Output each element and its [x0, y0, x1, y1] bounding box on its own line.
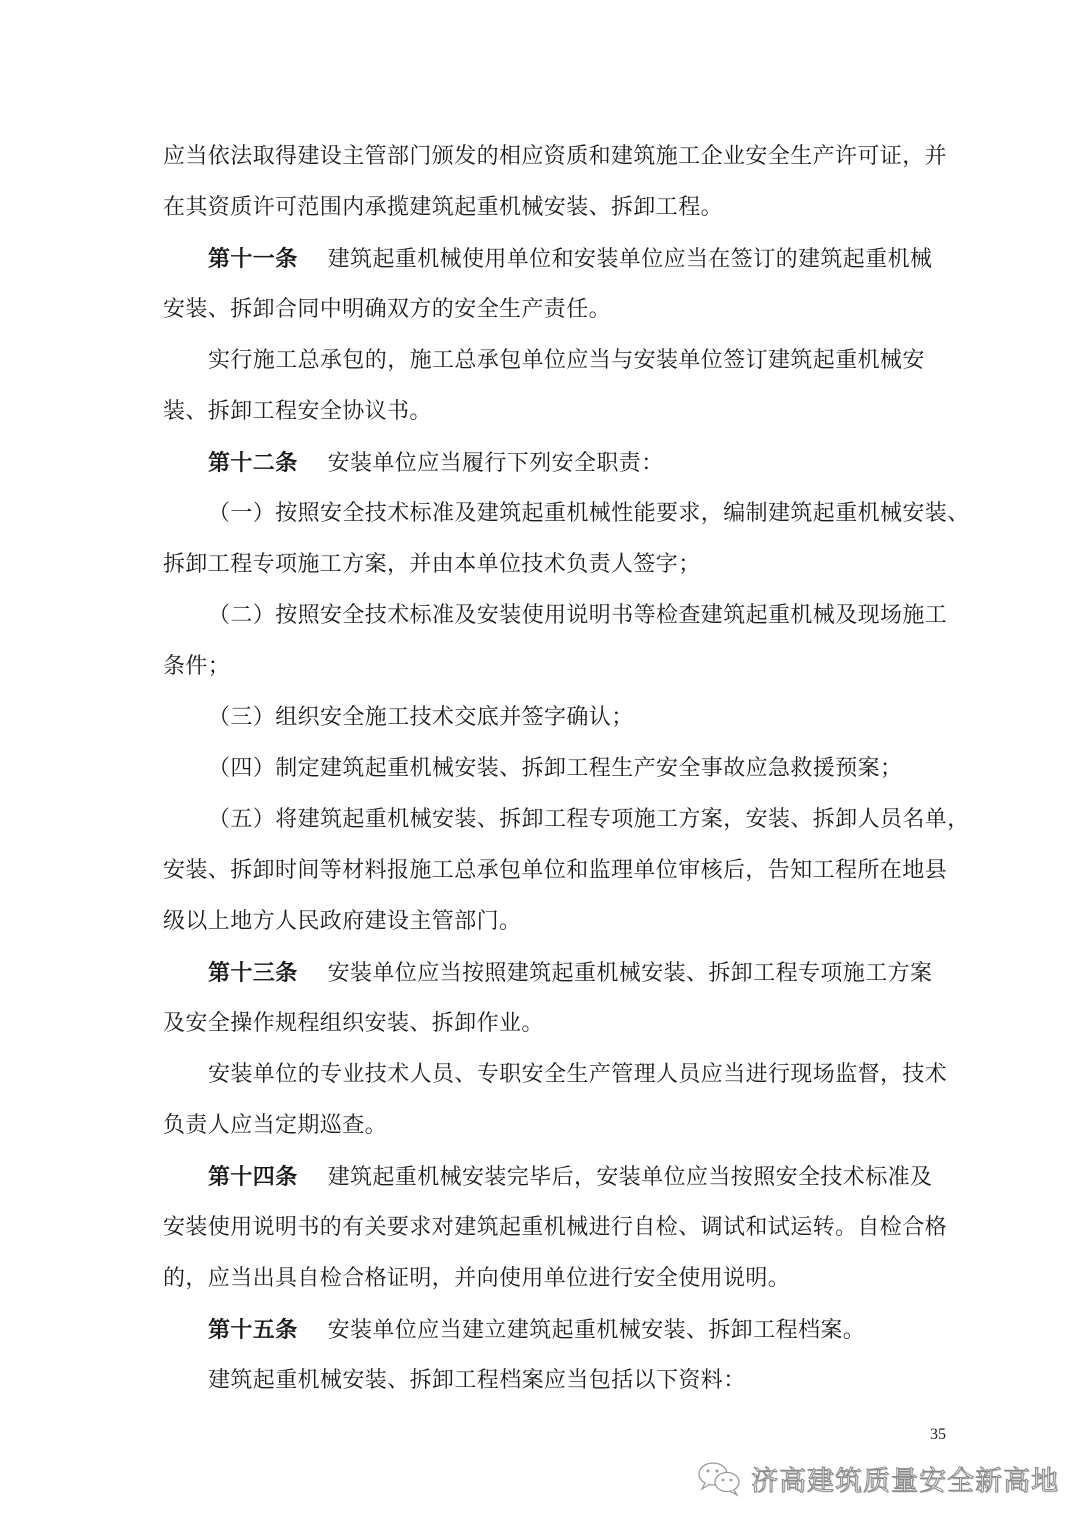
text-line: 装、拆卸工程安全协议书。	[163, 392, 918, 443]
text-line: 安装、拆卸时间等材料报施工总承包单位和监理单位审核后，告知工程所在地县	[163, 851, 918, 902]
line-text: 条件；	[163, 654, 230, 679]
line-text: （四）制定建筑起重机械安装、拆卸工程生产安全事故应急救援预案；	[208, 756, 902, 781]
article-line: 第十四条建筑起重机械安装完毕后，安装单位应当按照安全技术标准及	[163, 1157, 918, 1208]
watermark-text: 济高建筑质量安全新高地	[751, 1459, 1059, 1498]
text-line: （二）按照安全技术标准及安装使用说明书等检查建筑起重机械及现场施工	[163, 596, 918, 647]
line-text: 及安全操作规程组织安装、拆卸作业。	[163, 1011, 544, 1036]
line-text: 安装单位的专业技术人员、专职安全生产管理人员应当进行现场监督，技术	[208, 1062, 947, 1087]
line-text: （三）组织安全施工技术交底并签字确认；	[208, 705, 634, 730]
line-text: 建筑起重机械安装完毕后，安装单位应当按照安全技术标准及	[328, 1165, 933, 1190]
line-text: 的，应当出具自检合格证明，并向使用单位进行安全使用说明。	[163, 1266, 790, 1291]
text-line: 建筑起重机械安装、拆卸工程档案应当包括以下资料：	[163, 1361, 918, 1412]
line-text: 拆卸工程专项施工方案，并由本单位技术负责人签字；	[163, 552, 701, 577]
line-text: （一）按照安全技术标准及建筑起重机械性能要求，编制建筑起重机械安装、	[208, 501, 970, 526]
article-number: 第十二条	[208, 450, 298, 476]
line-text: 在其资质许可范围内承揽建筑起重机械安装、拆卸工程。	[163, 195, 723, 220]
text-line: 安装单位的专业技术人员、专职安全生产管理人员应当进行现场监督，技术	[163, 1055, 918, 1106]
line-text: 应当依法取得建设主管部门颁发的相应资质和建筑施工企业安全生产许可证，并	[163, 144, 947, 169]
text-line: （三）组织安全施工技术交底并签字确认；	[163, 698, 918, 749]
line-text: 建筑起重机械使用单位和安装单位应当在签订的建筑起重机械	[328, 247, 933, 272]
page-number: 35	[930, 1426, 946, 1444]
article-line: 第十一条建筑起重机械使用单位和安装单位应当在签订的建筑起重机械	[163, 239, 918, 290]
line-text: 安装、拆卸时间等材料报施工总承包单位和监理单位审核后，告知工程所在地县	[163, 858, 947, 883]
line-text: 安装单位应当建立建筑起重机械安装、拆卸工程档案。	[328, 1318, 866, 1343]
line-text: 级以上地方人民政府建设主管部门。	[163, 909, 521, 934]
text-line: （五）将建筑起重机械安装、拆卸工程专项施工方案，安装、拆卸人员名单，	[163, 800, 918, 851]
text-line: 安装、拆卸合同中明确双方的安全生产责任。	[163, 290, 918, 341]
document-body: 应当依法取得建设主管部门颁发的相应资质和建筑施工企业安全生产许可证，并在其资质许…	[163, 137, 918, 1412]
text-line: 应当依法取得建设主管部门颁发的相应资质和建筑施工企业安全生产许可证，并	[163, 137, 918, 188]
watermark: 济高建筑质量安全新高地	[697, 1458, 1059, 1498]
article-line: 第十五条安装单位应当建立建筑起重机械安装、拆卸工程档案。	[163, 1310, 918, 1361]
article-number: 第十五条	[208, 1317, 298, 1343]
text-line: 负责人应当定期巡查。	[163, 1106, 918, 1157]
text-line: 及安全操作规程组织安装、拆卸作业。	[163, 1004, 918, 1055]
line-text: 装、拆卸工程安全协议书。	[163, 399, 432, 424]
line-text: （二）按照安全技术标准及安装使用说明书等检查建筑起重机械及现场施工	[208, 603, 947, 628]
text-line: 拆卸工程专项施工方案，并由本单位技术负责人签字；	[163, 545, 918, 596]
line-text: 建筑起重机械安装、拆卸工程档案应当包括以下资料：	[208, 1368, 746, 1393]
article-line: 第十三条安装单位应当按照建筑起重机械安装、拆卸工程专项施工方案	[163, 953, 918, 1004]
article-number: 第十四条	[208, 1164, 298, 1190]
line-text: 安装、拆卸合同中明确双方的安全生产责任。	[163, 297, 611, 322]
wechat-icon	[697, 1459, 743, 1497]
line-text: 实行施工总承包的，施工总承包单位应当与安装单位签订建筑起重机械安	[208, 348, 925, 373]
text-line: 的，应当出具自检合格证明，并向使用单位进行安全使用说明。	[163, 1259, 918, 1310]
text-line: 级以上地方人民政府建设主管部门。	[163, 902, 918, 953]
document-page: 应当依法取得建设主管部门颁发的相应资质和建筑施工企业安全生产许可证，并在其资质许…	[0, 0, 1080, 1527]
line-text: 负责人应当定期巡查。	[163, 1113, 387, 1138]
line-text: （五）将建筑起重机械安装、拆卸工程专项施工方案，安装、拆卸人员名单，	[208, 807, 970, 832]
text-line: 安装使用说明书的有关要求对建筑起重机械进行自检、调试和试运转。自检合格	[163, 1208, 918, 1259]
line-text: 安装使用说明书的有关要求对建筑起重机械进行自检、调试和试运转。自检合格	[163, 1215, 947, 1240]
text-line: 在其资质许可范围内承揽建筑起重机械安装、拆卸工程。	[163, 188, 918, 239]
text-line: （一）按照安全技术标准及建筑起重机械性能要求，编制建筑起重机械安装、	[163, 494, 918, 545]
line-text: 安装单位应当履行下列安全职责：	[328, 451, 664, 476]
article-number: 第十一条	[208, 246, 298, 272]
text-line: 实行施工总承包的，施工总承包单位应当与安装单位签订建筑起重机械安	[163, 341, 918, 392]
article-number: 第十三条	[208, 960, 298, 986]
text-line: 条件；	[163, 647, 918, 698]
line-text: 安装单位应当按照建筑起重机械安装、拆卸工程专项施工方案	[328, 961, 933, 986]
article-line: 第十二条安装单位应当履行下列安全职责：	[163, 443, 918, 494]
text-line: （四）制定建筑起重机械安装、拆卸工程生产安全事故应急救援预案；	[163, 749, 918, 800]
